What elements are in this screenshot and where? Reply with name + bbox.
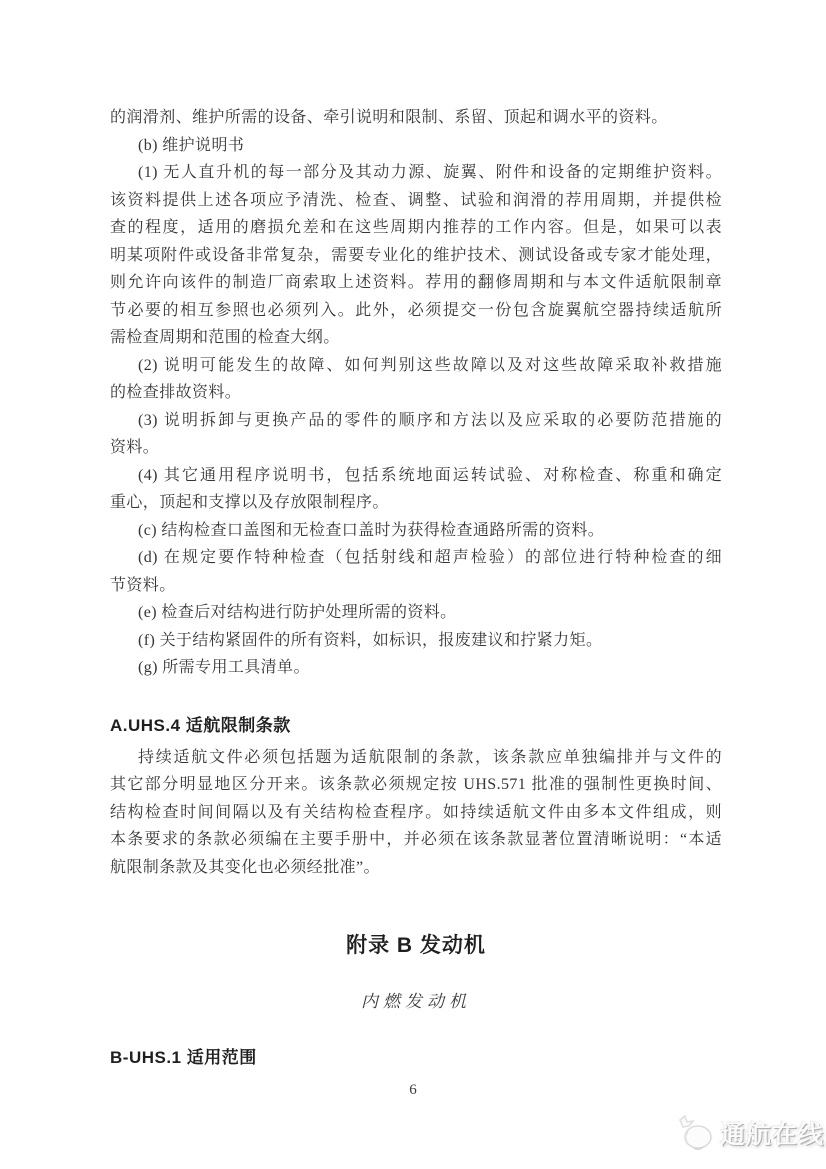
section-a-line: 其它部分明显地区分开来。该条款必须规定按 UHS.571 批准的强制性更换时间、: [110, 771, 722, 799]
body-line-item-e: (e) 检查后对结构进行防护处理所需的资料。: [110, 599, 722, 627]
body-line-item-b: (b) 维护说明书: [110, 132, 722, 160]
section-heading-a-uhs-4: A.UHS.4 适航限制条款: [110, 712, 722, 739]
body-line-item-d: (d) 在规定要作特种检查（包括射线和超声检验）的部位进行特种检查的细: [110, 544, 722, 572]
document-page: 的润滑剂、维护所需的设备、牵引说明和限制、系留、顶起和调水平的资料。 (b) 维…: [0, 0, 826, 1169]
section-a-line: 持续适航文件必须包括题为适航限制的条款，该条款应单独编排并与文件的: [110, 744, 722, 772]
section-heading-b-uhs-1: B-UHS.1 适用范围: [110, 1045, 722, 1071]
body-line: 则允许向该件的制造厂商索取上述资料。荐用的翻修周期和与本文件适航限制章: [110, 269, 722, 297]
body-line: 该资料提供上述各项应予清洗、检查、调整、试验和润滑的荐用周期，并提供检: [110, 187, 722, 215]
section-a-line: 本条要求的条款必须编在主要手册中，并必须在该条款显著位置清晰说明：“本适: [110, 826, 722, 854]
body-line-item-2: (2) 说明可能发生的故障、如何判别这些故障以及对这些故障采取补救措施: [110, 352, 722, 380]
body-line-item-4: (4) 其它通用程序说明书，包括系统地面运转试验、对称检查、称重和确定: [110, 462, 722, 490]
tonghang-logo-icon: [674, 1110, 716, 1156]
body-line-item-3: (3) 说明拆卸与更换产品的零件的顺序和方法以及应采取的必要防范措施的: [110, 407, 722, 435]
body-line-item-f: (f) 关于结构紧固件的所有资料，如标识，报废建议和拧紧力矩。: [110, 627, 722, 655]
body-line: 需检查周期和范围的检查大纲。: [110, 324, 722, 352]
text-column: 的润滑剂、维护所需的设备、牵引说明和限制、系留、顶起和调水平的资料。 (b) 维…: [110, 104, 722, 1071]
body-line-item-1: (1) 无人直升机的每一部分及其动力源、旋翼、附件和设备的定期维护资料。: [110, 159, 722, 187]
body-line: 节资料。: [110, 572, 722, 600]
page-number: 6: [0, 1082, 826, 1099]
body-line: 明某项附件或设备非常复杂，需要专业化的维护技术、测试设备或专家才能处理，: [110, 242, 722, 270]
watermark: 通航在线: [674, 1110, 824, 1156]
section-a-line: 结构检查时间间隔以及有关结构检查程序。如持续适航文件由多本文件组成，则: [110, 799, 722, 827]
body-line: 资料。: [110, 434, 722, 462]
body-line: 查的程度，适用的磨损允差和在这些周期内推荐的工作内容。但是，如果可以表: [110, 214, 722, 242]
body-line: 节必要的相互参照也必须列入。此外，必须提交一份包含旋翼航空器持续适航所: [110, 297, 722, 325]
body-line: 的检查排故资料。: [110, 379, 722, 407]
body-line: 重心，顶起和支撑以及存放限制程序。: [110, 489, 722, 517]
body-line: 的润滑剂、维护所需的设备、牵引说明和限制、系留、顶起和调水平的资料。: [110, 104, 722, 132]
appendix-b-subtitle: 内燃发动机: [110, 989, 722, 1015]
appendix-b-title: 附录 B 发动机: [110, 931, 722, 961]
section-a-line: 航限制条款及其变化也必须经批准”。: [110, 854, 722, 882]
body-line-item-c: (c) 结构检查口盖图和无检查口盖时为获得检查通路所需的资料。: [110, 517, 722, 545]
body-line-item-g: (g) 所需专用工具清单。: [110, 654, 722, 682]
watermark-text: 通航在线: [720, 1115, 824, 1151]
section-a-paragraph: 持续适航文件必须包括题为适航限制的条款，该条款应单独编排并与文件的 其它部分明显…: [110, 744, 722, 882]
